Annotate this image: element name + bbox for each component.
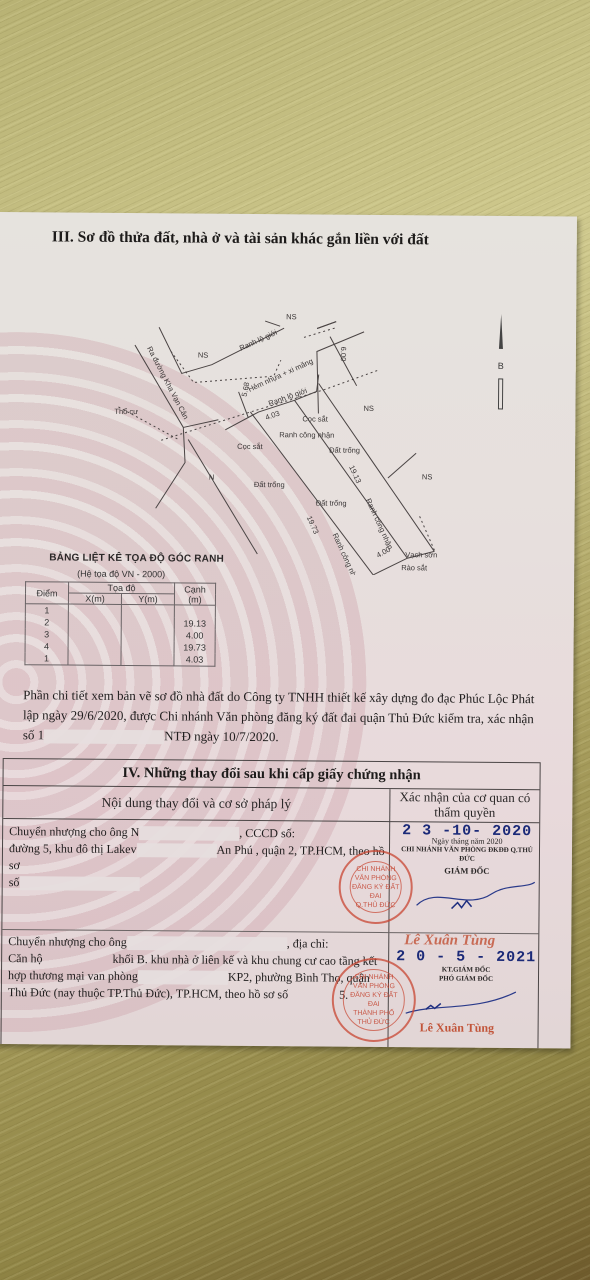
label-side-left: 19.73 — [305, 515, 321, 536]
header-point: Điểm — [25, 582, 68, 604]
label-rao-sat: Rào sắt — [401, 563, 428, 572]
north-arrow-icon: B — [495, 314, 506, 414]
redacted-address — [138, 970, 228, 985]
table-row: 14.03 — [25, 652, 215, 666]
column-header-confirmation: Xác nhận của cơ quan có thẩm quyền — [390, 789, 539, 823]
label-ranh-lo-gioi-top: Ranh lộ giới — [238, 328, 279, 353]
label-ranh-cong-nhan-right: Ranh công nhận — [364, 497, 395, 551]
changes-table: IV. Những thay đổi sau khi cấp giấy chứn… — [0, 758, 540, 1048]
signer-name-script: Lê Xuân Tùng — [404, 932, 495, 950]
label-side-right: 19.13 — [347, 464, 363, 485]
label-front-edge: 4.03 — [264, 409, 281, 422]
column-header-content: Nội dung thay đổi và cơ sở pháp lý — [3, 786, 390, 822]
label-hem-width: 5.68 — [240, 381, 252, 397]
plot-diagram: NS NS NS NS N Thổ cư Ra đường Kha Vạn Câ… — [0, 272, 577, 577]
signature-1-icon — [396, 875, 536, 916]
official-seal-1: CHI NHÁNH VĂN PHÒNG ĐĂNG KÝ ĐẤT ĐAI Q.TH… — [338, 850, 413, 925]
label-ns-top-left: NS — [198, 351, 208, 360]
header-x: X(m) — [68, 593, 121, 604]
label-ns-right-mid: NS — [363, 404, 373, 413]
confirmation-1: 2 3 -10- 2020 Ngày tháng năm 2020 CHI NH… — [394, 822, 539, 921]
header-edge: Cạnh (m) — [174, 583, 215, 605]
label-ns-right: NS — [422, 472, 432, 481]
redacted-number — [44, 729, 164, 744]
label-dat-trong-3: Đất trống — [316, 498, 347, 507]
change-entry-2: Chuyển nhượng cho ông, địa chỉ: Căn hộkh… — [8, 933, 385, 1004]
entry-divider — [2, 929, 388, 933]
redacted-name — [127, 936, 287, 951]
label-coc-sat-right: Cọc sắt — [302, 414, 328, 423]
confirmation-2: 2 0 - 5 - 2021 KT.GIÁM ĐỐC PHÓ GIÁM ĐỐC — [394, 948, 539, 1025]
survey-note: Phần chi tiết xem bản vẽ sơ đồ nhà đất d… — [23, 685, 553, 749]
label-ns-top: NS — [286, 312, 296, 321]
redacted-address — [136, 843, 216, 858]
land-certificate-page: III. Sơ đồ thửa đất, nhà ở và tài sản kh… — [0, 212, 577, 1049]
label-ranh-cong-nhan: Ranh công nhận — [279, 430, 334, 439]
official-seal-2: CHI NHÁNH VĂN PHÒNG ĐĂNG KÝ ĐẤT ĐAI THÀN… — [331, 958, 416, 1043]
redacted-file-number — [19, 876, 139, 891]
label-road: Ra đường Kha Vạn Cân — [145, 345, 190, 421]
redacted-name — [139, 826, 239, 841]
signature-2-icon — [396, 983, 536, 1020]
coord-table-subtitle: (Hệ tọa độ VN - 2000) — [77, 569, 165, 580]
label-coc-sat-left: Cọc sắt — [237, 442, 263, 451]
section-3-title: III. Sơ đồ thửa đất, nhà ở và tài sản kh… — [52, 228, 429, 249]
label-dat-trong-1: Đất trống — [329, 446, 360, 455]
coord-table-title: BẢNG LIỆT KÊ TỌA ĐỘ GÓC RANH — [49, 552, 224, 564]
signer-name: Lê Xuân Tùng — [420, 1020, 495, 1036]
label-tho-cu: Thổ cư — [114, 407, 138, 416]
label-n-bottom: N — [209, 473, 214, 482]
label-vach-son-1: Vạch sơn — [405, 550, 437, 559]
coord-table: Điểm Tọa độ Cạnh (m) X(m) Y(m) 1 219.13 … — [24, 581, 216, 666]
label-dat-trong-2: Đất trống — [254, 480, 285, 489]
section-4-title: IV. Những thay đổi sau khi cấp giấy chứn… — [3, 759, 539, 790]
svg-text:B: B — [498, 361, 504, 371]
label-lo-gioi-width: 6.00 — [339, 347, 348, 362]
change-entry-1: Chuyển nhượng cho ông N, CCCD số: đường … — [9, 823, 386, 894]
header-y: Y(m) — [121, 593, 174, 604]
date-stamp-2: 2 0 - 5 - 2021 — [394, 948, 538, 966]
header-coords: Tọa độ — [69, 582, 175, 594]
